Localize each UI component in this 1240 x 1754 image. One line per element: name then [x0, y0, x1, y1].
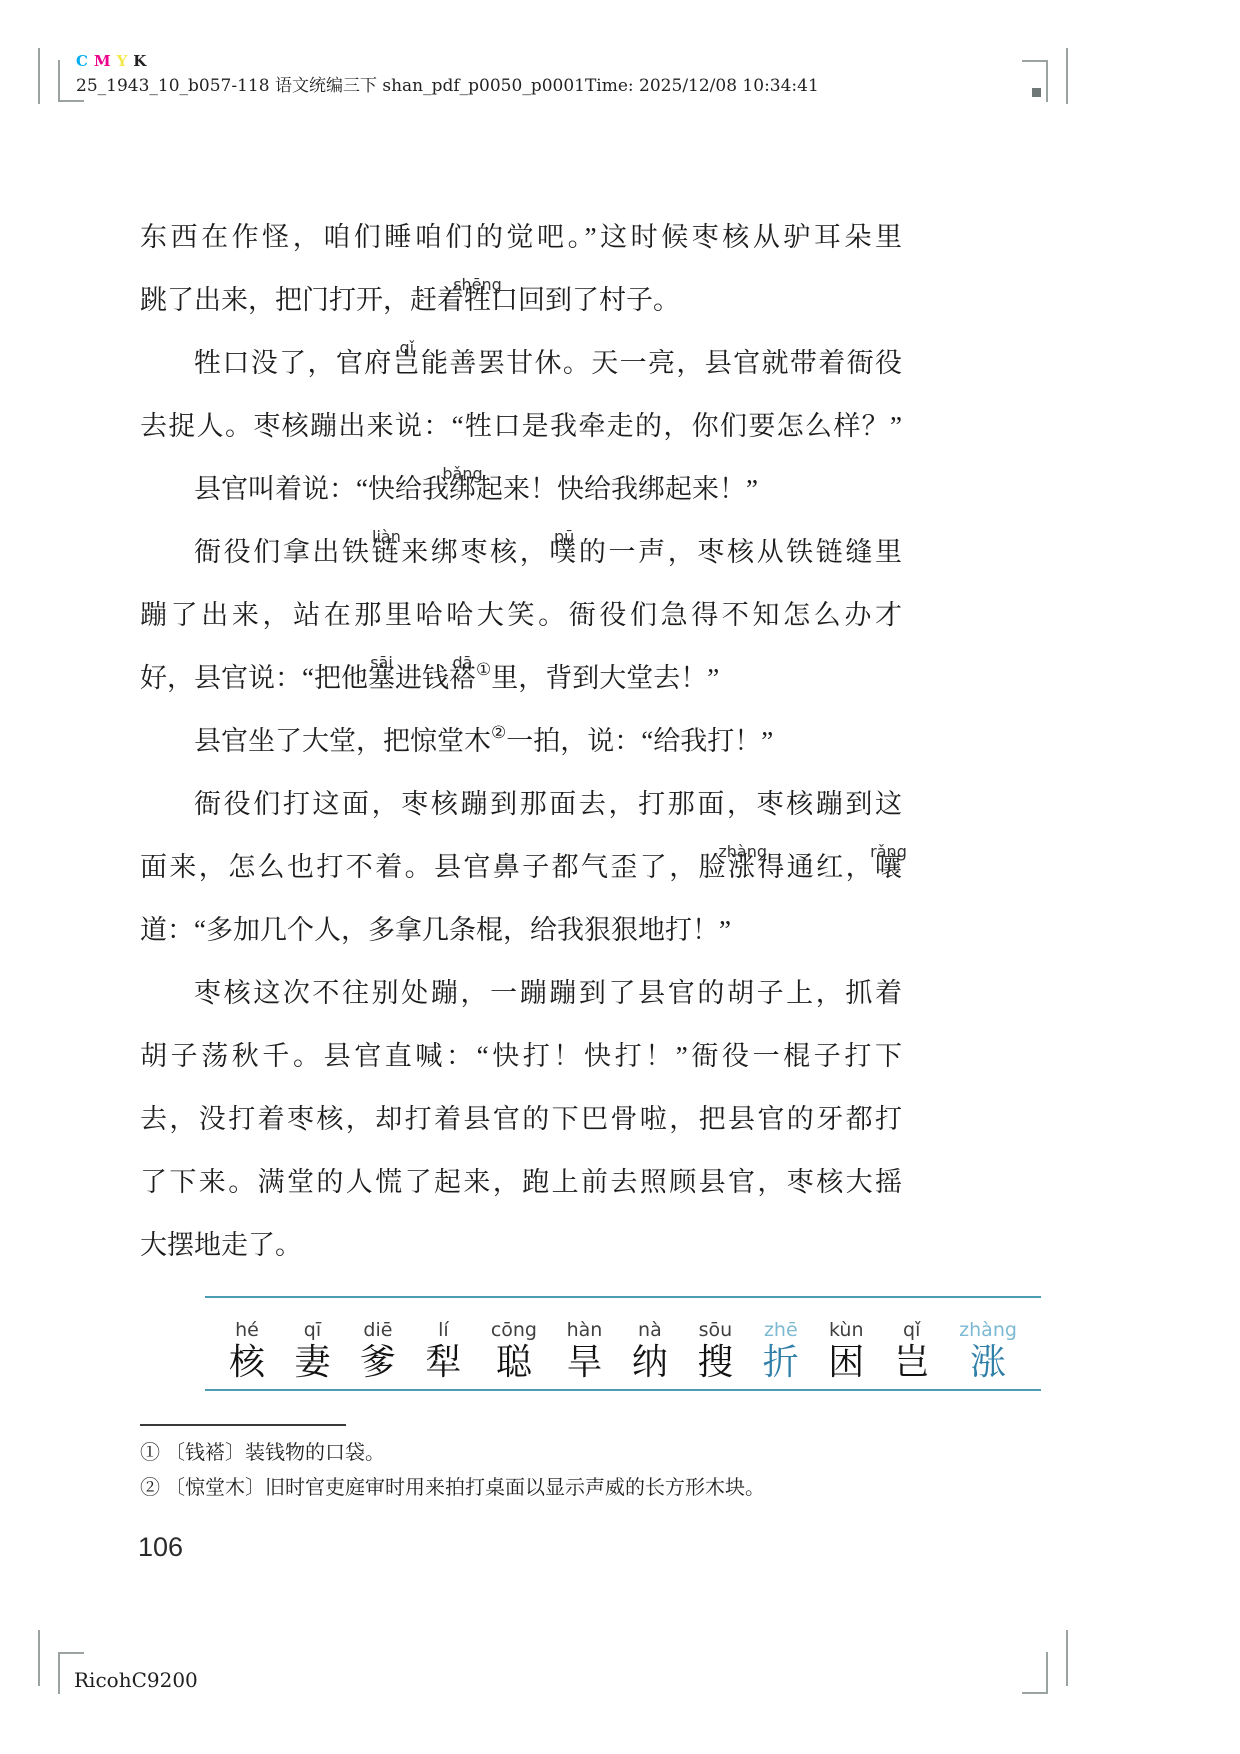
- footnote-reference: ①: [476, 660, 491, 679]
- new-character: qī妻: [294, 1319, 330, 1383]
- text-line: 好，县官说：“把他塞sāi进钱褡dā①里，背到大堂去！”: [140, 647, 902, 710]
- ruby-annotated-char: 嚷rǎng: [875, 852, 902, 882]
- new-character: nà纳: [632, 1319, 668, 1383]
- text-line: 衙役们打这面，枣核蹦到那面去，打那面，枣核蹦到这: [140, 773, 902, 836]
- text-line: 胡子荡秋千。县官直喊：“快打！快打！”衙役一棍子打下: [140, 1025, 902, 1088]
- new-character-hanzi: 折: [763, 1341, 799, 1383]
- new-character-pinyin: hé: [229, 1319, 265, 1341]
- new-character-pinyin: lí: [425, 1319, 461, 1341]
- ruby-annotated-char: 牲shēng: [464, 285, 491, 315]
- text-line: 枣核这次不往别处蹦，一蹦蹦到了县官的胡子上，抓着: [140, 962, 902, 1025]
- footnote-reference: ②: [491, 723, 506, 742]
- printer-mark: RicohC9200: [74, 1668, 198, 1692]
- new-character: sōu搜: [697, 1319, 733, 1383]
- new-character: kùn困: [828, 1319, 864, 1383]
- new-character: cōng聪: [491, 1319, 537, 1383]
- new-character-hanzi: 旱: [566, 1341, 602, 1383]
- text-line: 去，没打着枣核，却打着县官的下巴骨啦，把县官的牙都打: [140, 1088, 902, 1151]
- pinyin-annotation: qǐ: [400, 340, 415, 356]
- pinyin-annotation: liàn: [372, 529, 401, 545]
- new-character: lí犁: [425, 1319, 461, 1383]
- cmyk-m: M: [94, 52, 117, 70]
- new-character: hàn旱: [566, 1319, 602, 1383]
- footnotes: ① 〔钱褡〕装钱物的口袋。② 〔惊堂木〕旧时官吏庭审时用来拍打桌面以显示声威的长…: [140, 1436, 940, 1506]
- ruby-annotated-char: 绑bǎng: [449, 474, 476, 504]
- text-line: 道：“多加几个人，多拿几条棍，给我狠狠地打！”: [140, 899, 902, 962]
- ruby-annotated-char: 链liàn: [372, 537, 402, 567]
- cmyk-k: K: [133, 52, 152, 70]
- pinyin-annotation: sāi: [370, 655, 393, 671]
- new-character-pinyin: sōu: [697, 1319, 733, 1341]
- pinyin-annotation: zhàng: [718, 844, 767, 860]
- new-character: hé核: [229, 1319, 265, 1383]
- print-header: CMYK 25_1943_10_b057-118 语文统编三下 shan_pdf…: [76, 52, 819, 96]
- new-character-hanzi: 涨: [959, 1341, 1017, 1383]
- page-number: 106: [138, 1532, 183, 1563]
- text-line: 县官坐了大堂，把惊堂木②一拍，说：“给我打！”: [140, 710, 902, 773]
- ruby-annotated-char: 涨zhàng: [728, 852, 757, 882]
- new-character-hanzi: 妻: [294, 1341, 330, 1383]
- new-character-pinyin: kùn: [828, 1319, 864, 1341]
- crop-mark-bottom-right-bracket: [1022, 1652, 1048, 1694]
- text-line: 衙役们拿出铁链liàn来绑枣核，噗pū的一声，枣核从铁链缝里: [140, 521, 902, 584]
- pinyin-annotation: shēng: [453, 277, 502, 293]
- text-line: 蹦了出来，站在那里哈哈大笑。衙役们急得不知怎么办才: [140, 584, 902, 647]
- new-character-hanzi: 爹: [360, 1341, 396, 1383]
- new-character-pinyin: diē: [360, 1319, 396, 1341]
- pinyin-annotation: pū: [554, 529, 574, 545]
- text-line: 了下来。满堂的人慌了起来，跑上前去照顾县官，枣核大摇: [140, 1151, 902, 1214]
- new-character-hanzi: 聪: [491, 1341, 537, 1383]
- text-line: 东西在作怪，咱们睡咱们的觉吧。”这时候枣核从驴耳朵里: [140, 206, 902, 269]
- new-character-pinyin: zhē: [763, 1319, 799, 1341]
- new-character-pinyin: zhàng: [959, 1319, 1017, 1341]
- new-character-hanzi: 犁: [425, 1341, 461, 1383]
- new-character: zhàng涨: [959, 1319, 1017, 1383]
- footnote: ① 〔钱褡〕装钱物的口袋。: [140, 1436, 940, 1471]
- text-line: 去捉人。枣核蹦出来说：“牲口是我牵走的，你们要怎么样？”: [140, 395, 902, 458]
- new-characters-strip: hé核qī妻diē爹lí犁cōng聪hàn旱nà纳sōu搜zhē折kùn困qǐ岂…: [205, 1296, 1041, 1391]
- pinyin-annotation: dā: [453, 655, 473, 671]
- text-line: 牲口没了，官府岂qǐ能善罢甘休。天一亮，县官就带着衙役: [140, 332, 902, 395]
- crop-mark-top-left-line: [38, 48, 40, 104]
- new-character-hanzi: 核: [229, 1341, 265, 1383]
- new-character: diē爹: [360, 1319, 396, 1383]
- pinyin-annotation: rǎng: [870, 844, 907, 860]
- crop-mark-bottom-right-line: [1066, 1630, 1068, 1686]
- cmyk-label: CMYK: [76, 52, 819, 70]
- new-character: zhē折: [763, 1319, 799, 1383]
- ruby-annotated-char: 噗pū: [549, 537, 579, 567]
- new-character-pinyin: qī: [294, 1319, 330, 1341]
- new-character-pinyin: cōng: [491, 1319, 537, 1341]
- new-character: qǐ岂: [894, 1319, 930, 1383]
- text-line: 面来，怎么也打不着。县官鼻子都气歪了，脸涨zhàng得通红，嚷rǎng: [140, 836, 902, 899]
- ruby-annotated-char: 岂qǐ: [393, 348, 421, 378]
- cmyk-c: C: [76, 52, 94, 70]
- registration-square: [1032, 88, 1041, 97]
- text-line: 跳了出来，把门打开，赶着牲shēng口回到了村子。: [140, 269, 902, 332]
- text-line: 县官叫着说：“快给我绑bǎng起来！快给我绑起来！”: [140, 458, 902, 521]
- new-character-hanzi: 困: [828, 1341, 864, 1383]
- ruby-annotated-char: 褡dā: [449, 663, 476, 693]
- ruby-annotated-char: 塞sāi: [368, 663, 395, 693]
- crop-mark-top-right-line: [1066, 48, 1068, 104]
- crop-mark-bottom-left-line: [38, 1630, 40, 1686]
- footnote-divider: [140, 1424, 346, 1426]
- cmyk-y: Y: [117, 52, 134, 70]
- new-character-hanzi: 岂: [894, 1341, 930, 1383]
- story-text: 东西在作怪，咱们睡咱们的觉吧。”这时候枣核从驴耳朵里跳了出来，把门打开，赶着牲s…: [140, 206, 902, 1277]
- pinyin-annotation: bǎng: [442, 466, 482, 482]
- new-character-hanzi: 搜: [697, 1341, 733, 1383]
- textbook-page: CMYK 25_1943_10_b057-118 语文统编三下 shan_pdf…: [0, 0, 1240, 1754]
- new-character-hanzi: 纳: [632, 1341, 668, 1383]
- new-character-pinyin: nà: [632, 1319, 668, 1341]
- new-character-pinyin: qǐ: [894, 1319, 930, 1341]
- print-info: 25_1943_10_b057-118 语文统编三下 shan_pdf_p005…: [76, 71, 819, 96]
- text-line: 大摆地走了。: [140, 1214, 902, 1277]
- new-character-pinyin: hàn: [566, 1319, 602, 1341]
- footnote: ② 〔惊堂木〕旧时官吏庭审时用来拍打桌面以显示声威的长方形木块。: [140, 1471, 940, 1506]
